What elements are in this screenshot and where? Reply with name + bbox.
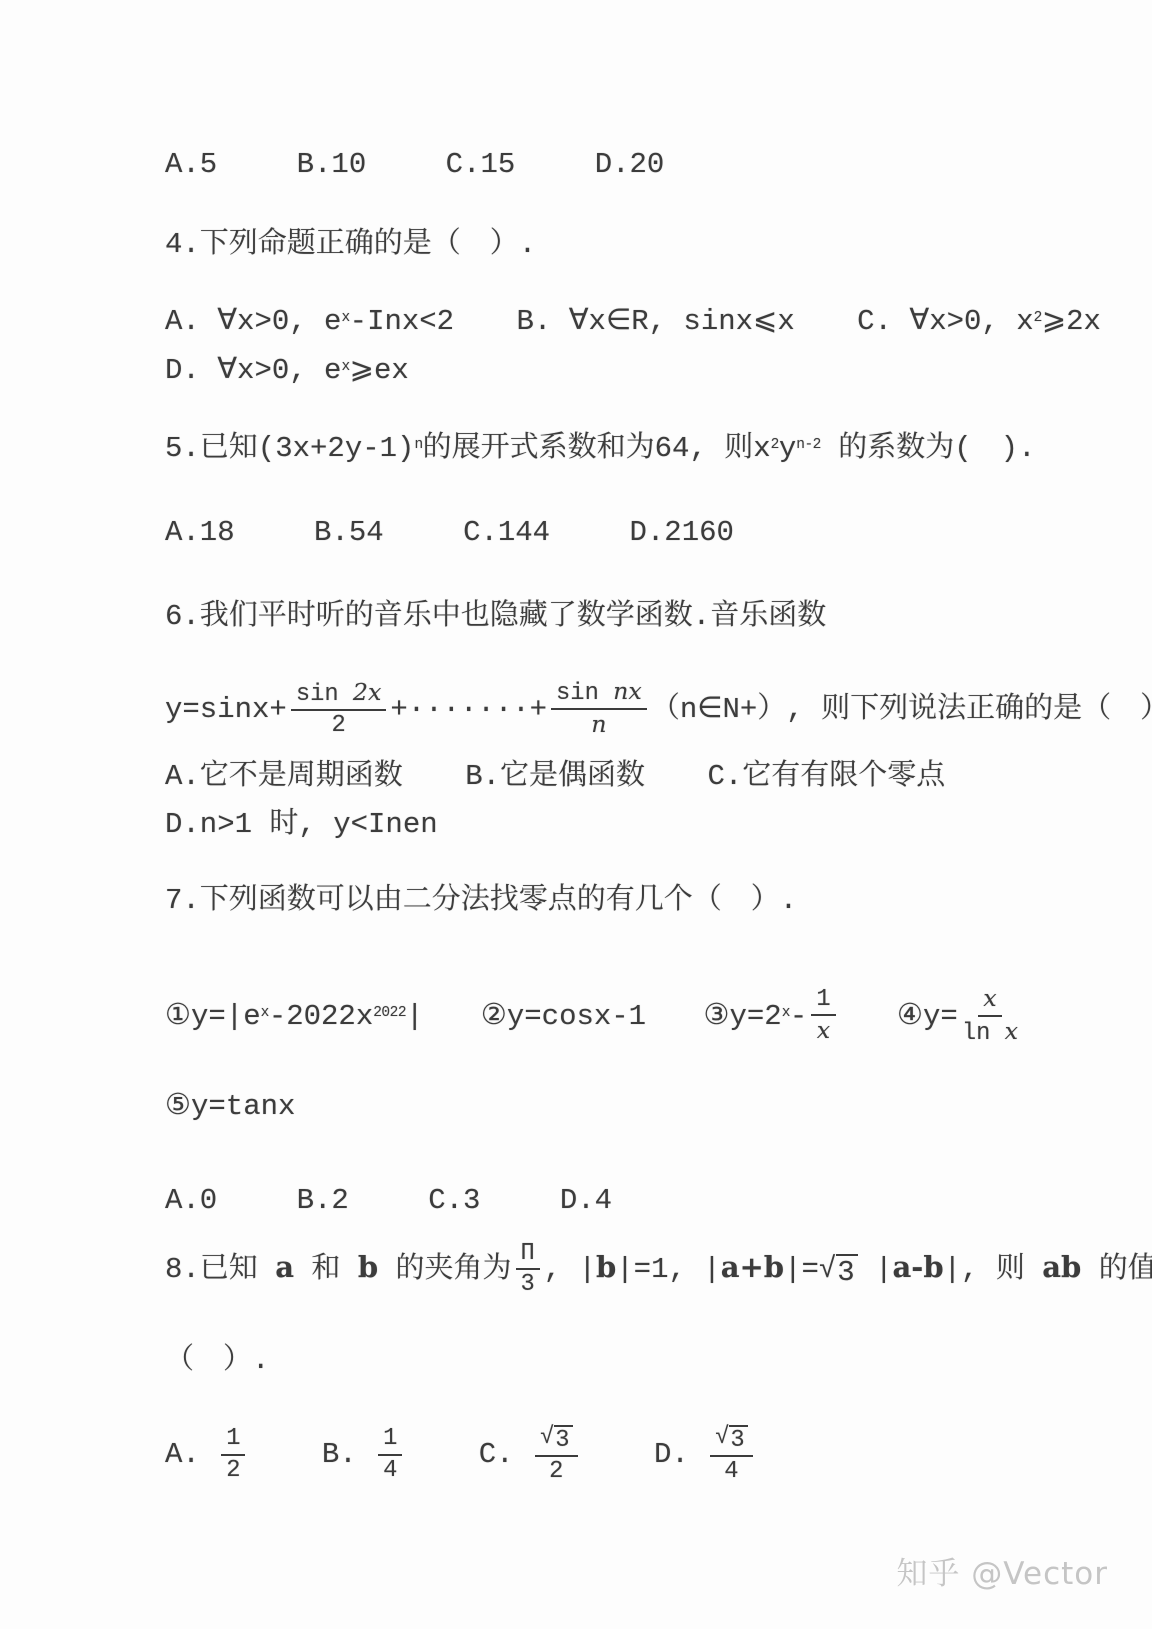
q3-option-c: C.15 <box>446 148 516 181</box>
q8-option-b: B. 14 <box>322 1438 406 1471</box>
q6-options-row: A.它不是周期函数 B.它是偶函数 C.它有有限个零点 <box>165 758 945 796</box>
q7-item-4: ④y=xln x <box>897 1000 1022 1033</box>
q8-options-row: A. 12 B. 14 C. √32 D. √34 <box>165 1424 757 1486</box>
q4-options-row: A. ∀x>0, ex-Inx<2 B. ∀x∈R, sinx⩽x C. ∀x>… <box>165 303 1101 341</box>
q5-option-b: B.54 <box>314 516 384 549</box>
q7-option-b: B.2 <box>297 1184 349 1217</box>
q8-stem-tail: （ ）. <box>165 1342 269 1380</box>
q5-option-c: C.144 <box>463 516 550 549</box>
q6-formula: y=sinx+sin 2x2+·······+sin nxn（n∈N+）, 则下… <box>165 678 1152 741</box>
q7-option-c: C.3 <box>428 1184 480 1217</box>
q3-option-b: B.10 <box>297 148 367 181</box>
q3-options-row: A.5 B.10 C.15 D.20 <box>165 146 664 184</box>
q4-option-c: C. ∀x>0, x2⩾2x <box>857 305 1101 338</box>
q5-title: 5.已知(3x+2y-1)n的展开式系数和为64, 则x2yn-2 的系数为( … <box>165 430 1036 468</box>
q6-option-d: D.n>1 时, y<Inen <box>165 806 438 844</box>
zhihu-watermark: 知乎 @Vector <box>896 1548 1108 1593</box>
q6-option-b: B.它是偶函数 <box>465 760 645 793</box>
q7-item-5: ⑤y=tanx <box>165 1088 295 1126</box>
q8-option-c: C. √32 <box>479 1438 582 1471</box>
q8-option-d: D. √34 <box>654 1438 757 1471</box>
q7-options-row: A.0 B.2 C.3 D.4 <box>165 1182 612 1220</box>
q7-item-3: ③y=2x-1x <box>704 1000 840 1033</box>
q4-title: 4.下列命题正确的是（ ）. <box>165 226 536 264</box>
q7-option-a: A.0 <box>165 1184 217 1217</box>
q4-option-d: D. ∀x>0, ex⩾ex <box>165 352 409 390</box>
q5-options-row: A.18 B.54 C.144 D.2160 <box>165 514 734 552</box>
q8-option-a: A. 12 <box>165 1438 249 1471</box>
q7-item-2: ②y=cosx-1 <box>481 1000 646 1033</box>
q5-option-d: D.2160 <box>629 516 733 549</box>
q7-option-d: D.4 <box>560 1184 612 1217</box>
q7-item-1: ①y=|ex-2022x2022| <box>165 1000 423 1033</box>
q3-option-d: D.20 <box>595 148 665 181</box>
q7-title: 7.下列函数可以由二分法找零点的有几个（ ）. <box>165 882 797 920</box>
q7-items-row: ①y=|ex-2022x2022| ②y=cosx-1 ③y=2x-1x ④y=… <box>165 985 1022 1048</box>
q6-intro: 6.我们平时听的音乐中也隐藏了数学函数.音乐函数 <box>165 598 826 636</box>
q3-option-a: A.5 <box>165 148 217 181</box>
exam-page: A.5 B.10 C.15 D.20 4.下列命题正确的是（ ）. A. ∀x>… <box>0 0 1152 1629</box>
q8-stem: 8.已知 a 和 b 的夹角为Π3, |b|=1, |a+b|=√3 |a-b|… <box>165 1240 1152 1299</box>
q4-option-b: B. ∀x∈R, sinx⩽x <box>517 305 795 338</box>
q6-option-c: C.它有有限个零点 <box>707 760 945 793</box>
q5-option-a: A.18 <box>165 516 235 549</box>
q6-option-a: A.它不是周期函数 <box>165 760 403 793</box>
q4-option-a: A. ∀x>0, ex-Inx<2 <box>165 305 454 338</box>
